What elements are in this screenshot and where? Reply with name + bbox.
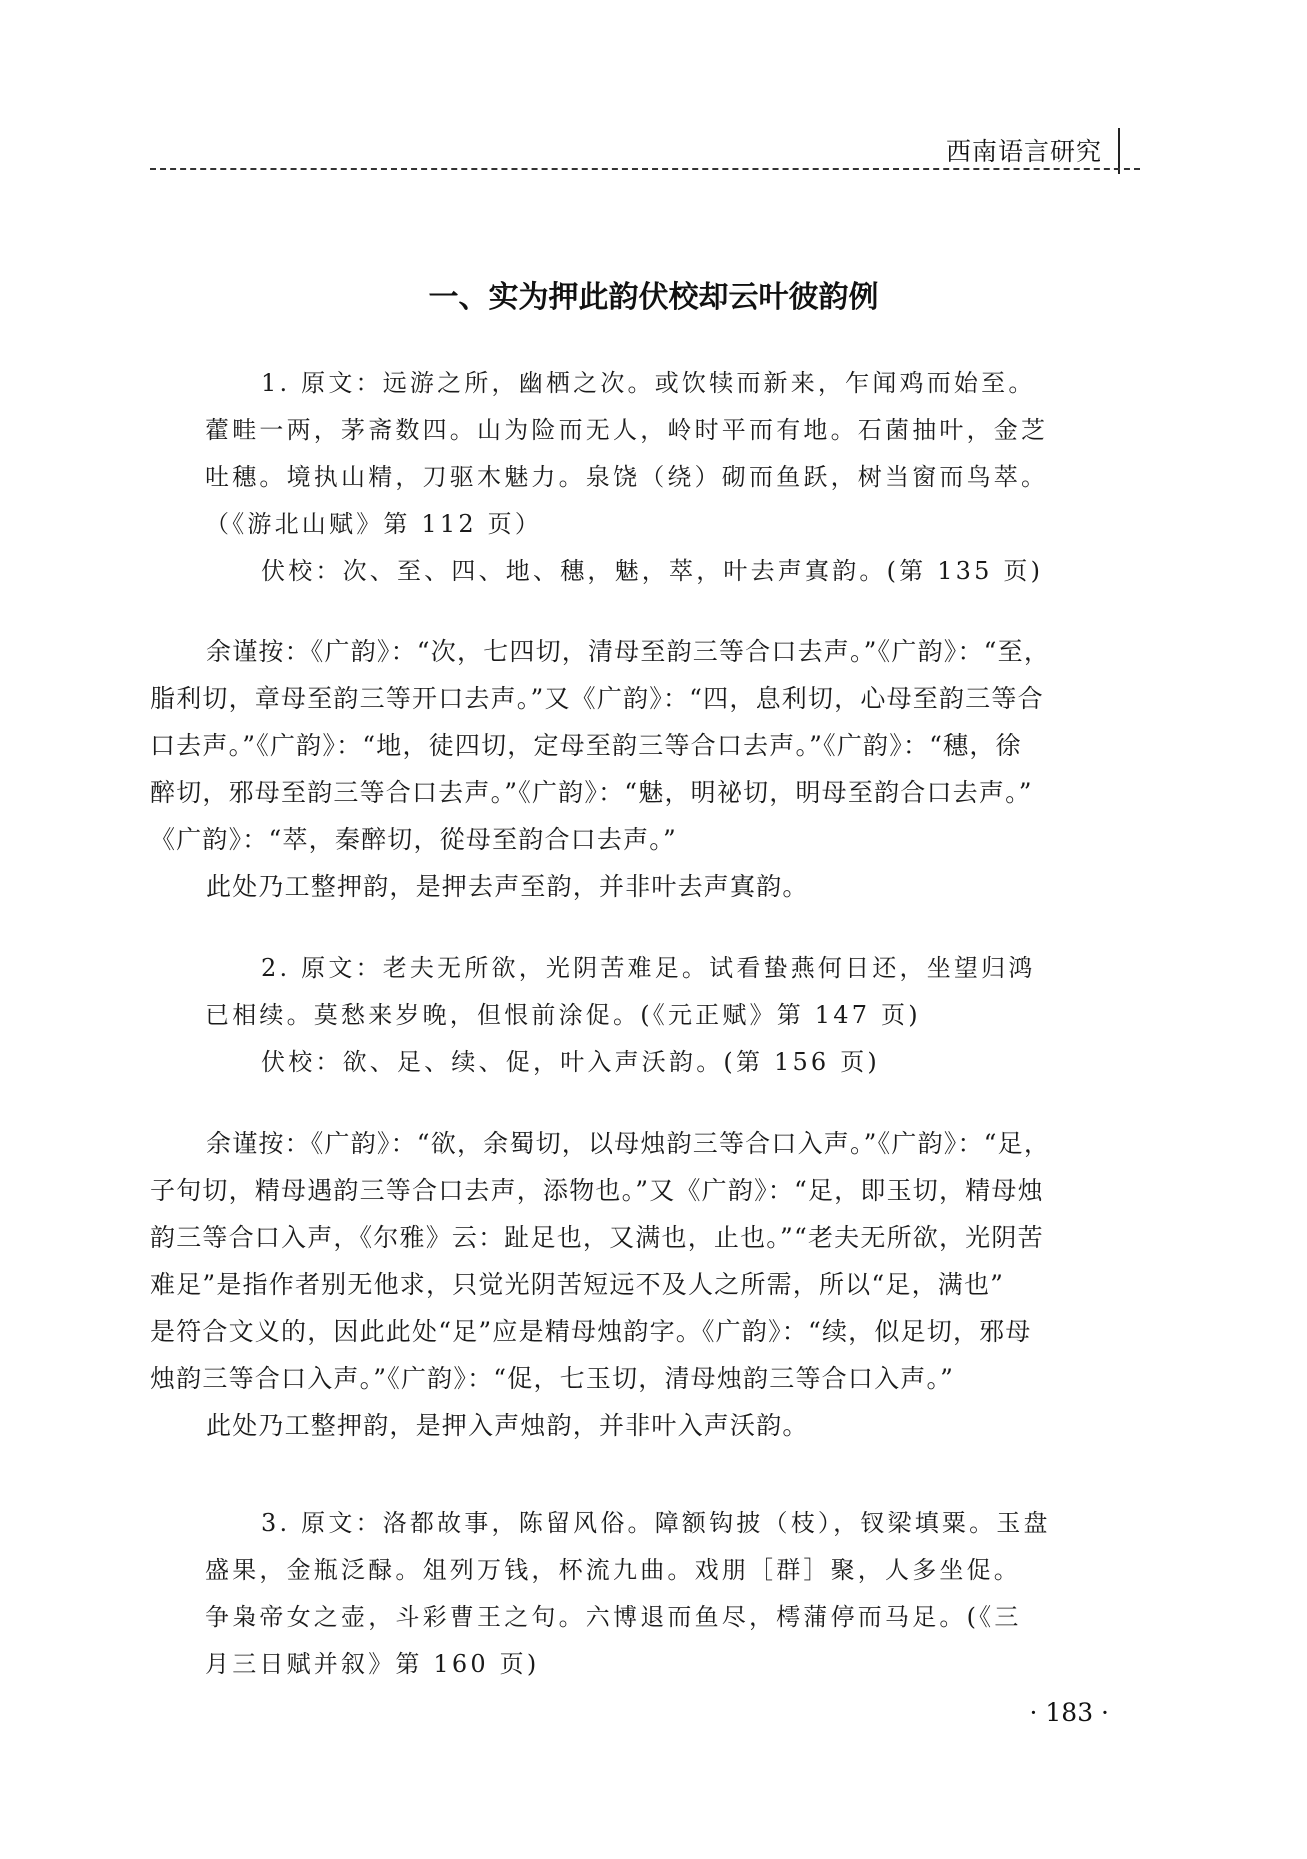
section-title: 一、实为押此韵伏校却云叶彼韵例 — [0, 272, 1307, 316]
collation-note: 伏校：欲、足、续、促，叶入声沃韵。(第 156 页) — [205, 1039, 1075, 1086]
commentary-line: 《广韵》：“萃，秦醉切，從母至韵合口去声。” — [150, 816, 1130, 863]
quote-line: （《游北山赋》第 112 页） — [205, 501, 1075, 548]
quote-line: 3. 原文：洛都故事，陈留风俗。障额钩披（枝），钗梁填粟。玉盘 — [205, 1500, 1075, 1547]
commentary-line: 子句切，精母遇韵三等合口去声，添物也。”又《广韵》：“足，即玉切，精母烛 — [150, 1167, 1130, 1214]
commentary-line: 烛韵三等合口入声。”《广韵》：“促，七玉切，清母烛韵三等合口入声。” — [150, 1355, 1130, 1402]
quote-line: 已相续。莫愁来岁晚，但恨前涂促。(《元正赋》第 147 页) — [205, 992, 1075, 1039]
header-dashed-rule — [150, 168, 1140, 170]
commentary-line: 余谨按：《广韵》：“欲，余蜀切，以母烛韵三等合口入声。”《广韵》：“足， — [150, 1120, 1130, 1167]
quote-line: 1. 原文：远游之所，幽栖之次。或饮犊而新来，乍闻鸡而始至。 — [205, 360, 1075, 407]
example-2-commentary: 余谨按：《广韵》：“欲，余蜀切，以母烛韵三等合口入声。”《广韵》：“足， 子句切… — [150, 1120, 1130, 1449]
example-1-commentary: 余谨按：《广韵》：“次，七四切，清母至韵三等合口去声。”《广韵》：“至， 脂利切… — [150, 628, 1130, 910]
commentary-line: 难足”是指作者别无他求，只觉光阴苦短远不及人之所需，所以“足，满也” — [150, 1261, 1130, 1308]
example-1-quote: 1. 原文：远游之所，幽栖之次。或饮犊而新来，乍闻鸡而始至。 藿畦一两，茅斋数四… — [205, 360, 1075, 595]
running-header: 西南语言研究 — [150, 118, 1140, 168]
commentary-line: 余谨按：《广韵》：“次，七四切，清母至韵三等合口去声。”《广韵》：“至， — [150, 628, 1130, 675]
journal-title: 西南语言研究 — [946, 132, 1102, 168]
quote-line: 争枭帝女之壶，斗彩曹王之句。六博退而鱼尽，樗蒲停而马足。(《三 — [205, 1594, 1075, 1641]
collation-note: 伏校：次、至、四、地、穗，魅，萃，叶去声寘韵。(第 135 页) — [205, 548, 1075, 595]
quote-line: 月三日赋并叙》第 160 页) — [205, 1641, 1075, 1688]
commentary-line: 醉切，邪母至韵三等合口去声。”《广韵》：“魅，明祕切，明母至韵合口去声。” — [150, 769, 1130, 816]
example-3-quote: 3. 原文：洛都故事，陈留风俗。障额钩披（枝），钗梁填粟。玉盘 盛果，金瓶泛醁。… — [205, 1500, 1075, 1688]
commentary-line: 是符合文义的，因此此处“足”应是精母烛韵字。《广韵》：“续，似足切，邪母 — [150, 1308, 1130, 1355]
quote-line: 吐穗。境执山精，刀驱木魅力。泉饶（绕）砌而鱼跃，树当窗而鸟萃。 — [205, 454, 1075, 501]
commentary-line: 口去声。”《广韵》：“地，徒四切，定母至韵三等合口去声。”《广韵》：“穗，徐 — [150, 722, 1130, 769]
quote-line: 藿畦一两，茅斋数四。山为险而无人，岭时平而有地。石菌抽叶，金芝 — [205, 407, 1075, 454]
conclusion: 此处乃工整押韵，是押入声烛韵，并非叶入声沃韵。 — [150, 1402, 1130, 1449]
example-2-quote: 2. 原文：老夫无所欲，光阴苦难足。试看蛰燕何日还，坐望归鸿 已相续。莫愁来岁晚… — [205, 945, 1075, 1086]
conclusion: 此处乃工整押韵，是押去声至韵，并非叶去声寘韵。 — [150, 863, 1130, 910]
commentary-line: 脂利切，章母至韵三等开口去声。”又《广韵》：“四，息利切，心母至韵三等合 — [150, 675, 1130, 722]
commentary-line: 韵三等合口入声，《尔雅》云：趾足也，又满也，止也。”“老夫无所欲，光阴苦 — [150, 1214, 1130, 1261]
quote-line: 2. 原文：老夫无所欲，光阴苦难足。试看蛰燕何日还，坐望归鸿 — [205, 945, 1075, 992]
page-number: · 183 · — [1029, 1698, 1109, 1727]
quote-line: 盛果，金瓶泛醁。俎列万钱，杯流九曲。戏朋［群］聚，人多坐促。 — [205, 1547, 1075, 1594]
